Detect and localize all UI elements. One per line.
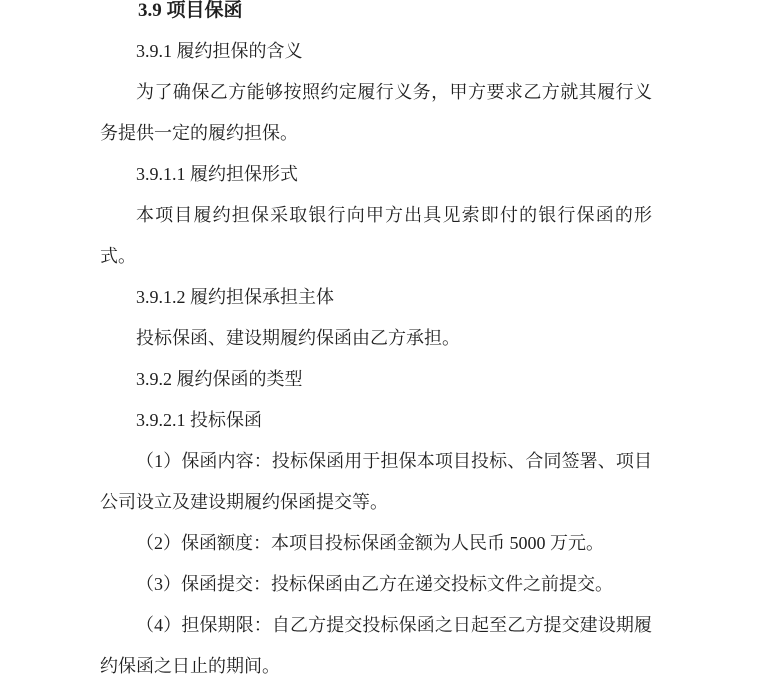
document-page: 3.9 项目保函 3.9.1 履约担保的含义 为了确保乙方能够按照约定履行义务，…	[0, 0, 760, 687]
numbered-item-3: （3）保函提交：投标保函由乙方在递交投标文件之前提交。	[100, 564, 652, 605]
numbered-item-2: （2）保函额度：本项目投标保函金额为人民币 5000 万元。	[100, 523, 652, 564]
clause-paragraph: 投标保函、建设期履约保函由乙方承担。	[100, 318, 652, 359]
subsection-title-3-9-2: 3.9.2 履约保函的类型	[100, 359, 652, 400]
document-content: 3.9 项目保函 3.9.1 履约担保的含义 为了确保乙方能够按照约定履行义务，…	[100, 0, 652, 687]
clause-paragraph: 为了确保乙方能够按照约定履行义务，甲方要求乙方就其履行义务提供一定的履约担保。	[100, 72, 652, 154]
subsection-title-3-9-2-1: 3.9.2.1 投标保函	[100, 400, 652, 441]
clause-paragraph: 本项目履约担保采取银行向甲方出具见索即付的银行保函的形式。	[100, 195, 652, 277]
numbered-item-1: （1）保函内容：投标保函用于担保本项目投标、合同签署、项目公司设立及建设期履约保…	[100, 441, 652, 523]
section-heading-3-9: 3.9 项目保函	[100, 0, 652, 31]
subsection-title-3-9-1-1: 3.9.1.1 履约担保形式	[100, 154, 652, 195]
subsection-title-3-9-1: 3.9.1 履约担保的含义	[100, 31, 652, 72]
subsection-title-3-9-1-2: 3.9.1.2 履约担保承担主体	[100, 277, 652, 318]
numbered-item-4: （4）担保期限：自乙方提交投标保函之日起至乙方提交建设期履约保函之日止的期间。	[100, 605, 652, 687]
